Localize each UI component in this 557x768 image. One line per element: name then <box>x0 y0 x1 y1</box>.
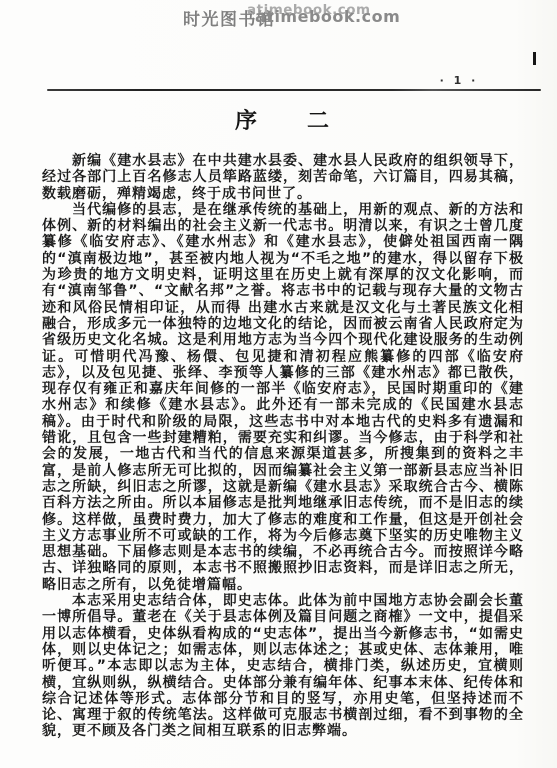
watermark-site-url: atimebook.com <box>255 7 400 26</box>
watermark: 时光图书馆 atimebook.com atimebook.com <box>183 2 443 30</box>
paragraph: 本志采用史志结合体，即史志体。此体为前中国地方志协会副会长董一博所倡导。董老在《… <box>42 593 524 740</box>
scan-edge-mark <box>533 52 536 65</box>
paragraph: 当代编修的县志，是在继承传统的基础上，用新的观点、新的方法和体例、新的材料编出的… <box>42 202 524 593</box>
scanned-book-page: 时光图书馆 atimebook.com atimebook.com · 1 · … <box>0 0 557 768</box>
page-number: · 1 · <box>427 74 491 87</box>
paragraph: 新编《建水县志》在中共建水县委、建水县人民政府的组织领导下，经过各部门上百名修志… <box>42 153 524 202</box>
article: 序 二 新编《建水县志》在中共建水县委、建水县人民政府的组织领导下，经过各部门上… <box>42 108 524 740</box>
header-divider <box>47 89 541 91</box>
article-body: 新编《建水县志》在中共建水县委、建水县人民政府的组织领导下，经过各部门上百名修志… <box>42 153 524 740</box>
article-title: 序 二 <box>42 108 524 136</box>
